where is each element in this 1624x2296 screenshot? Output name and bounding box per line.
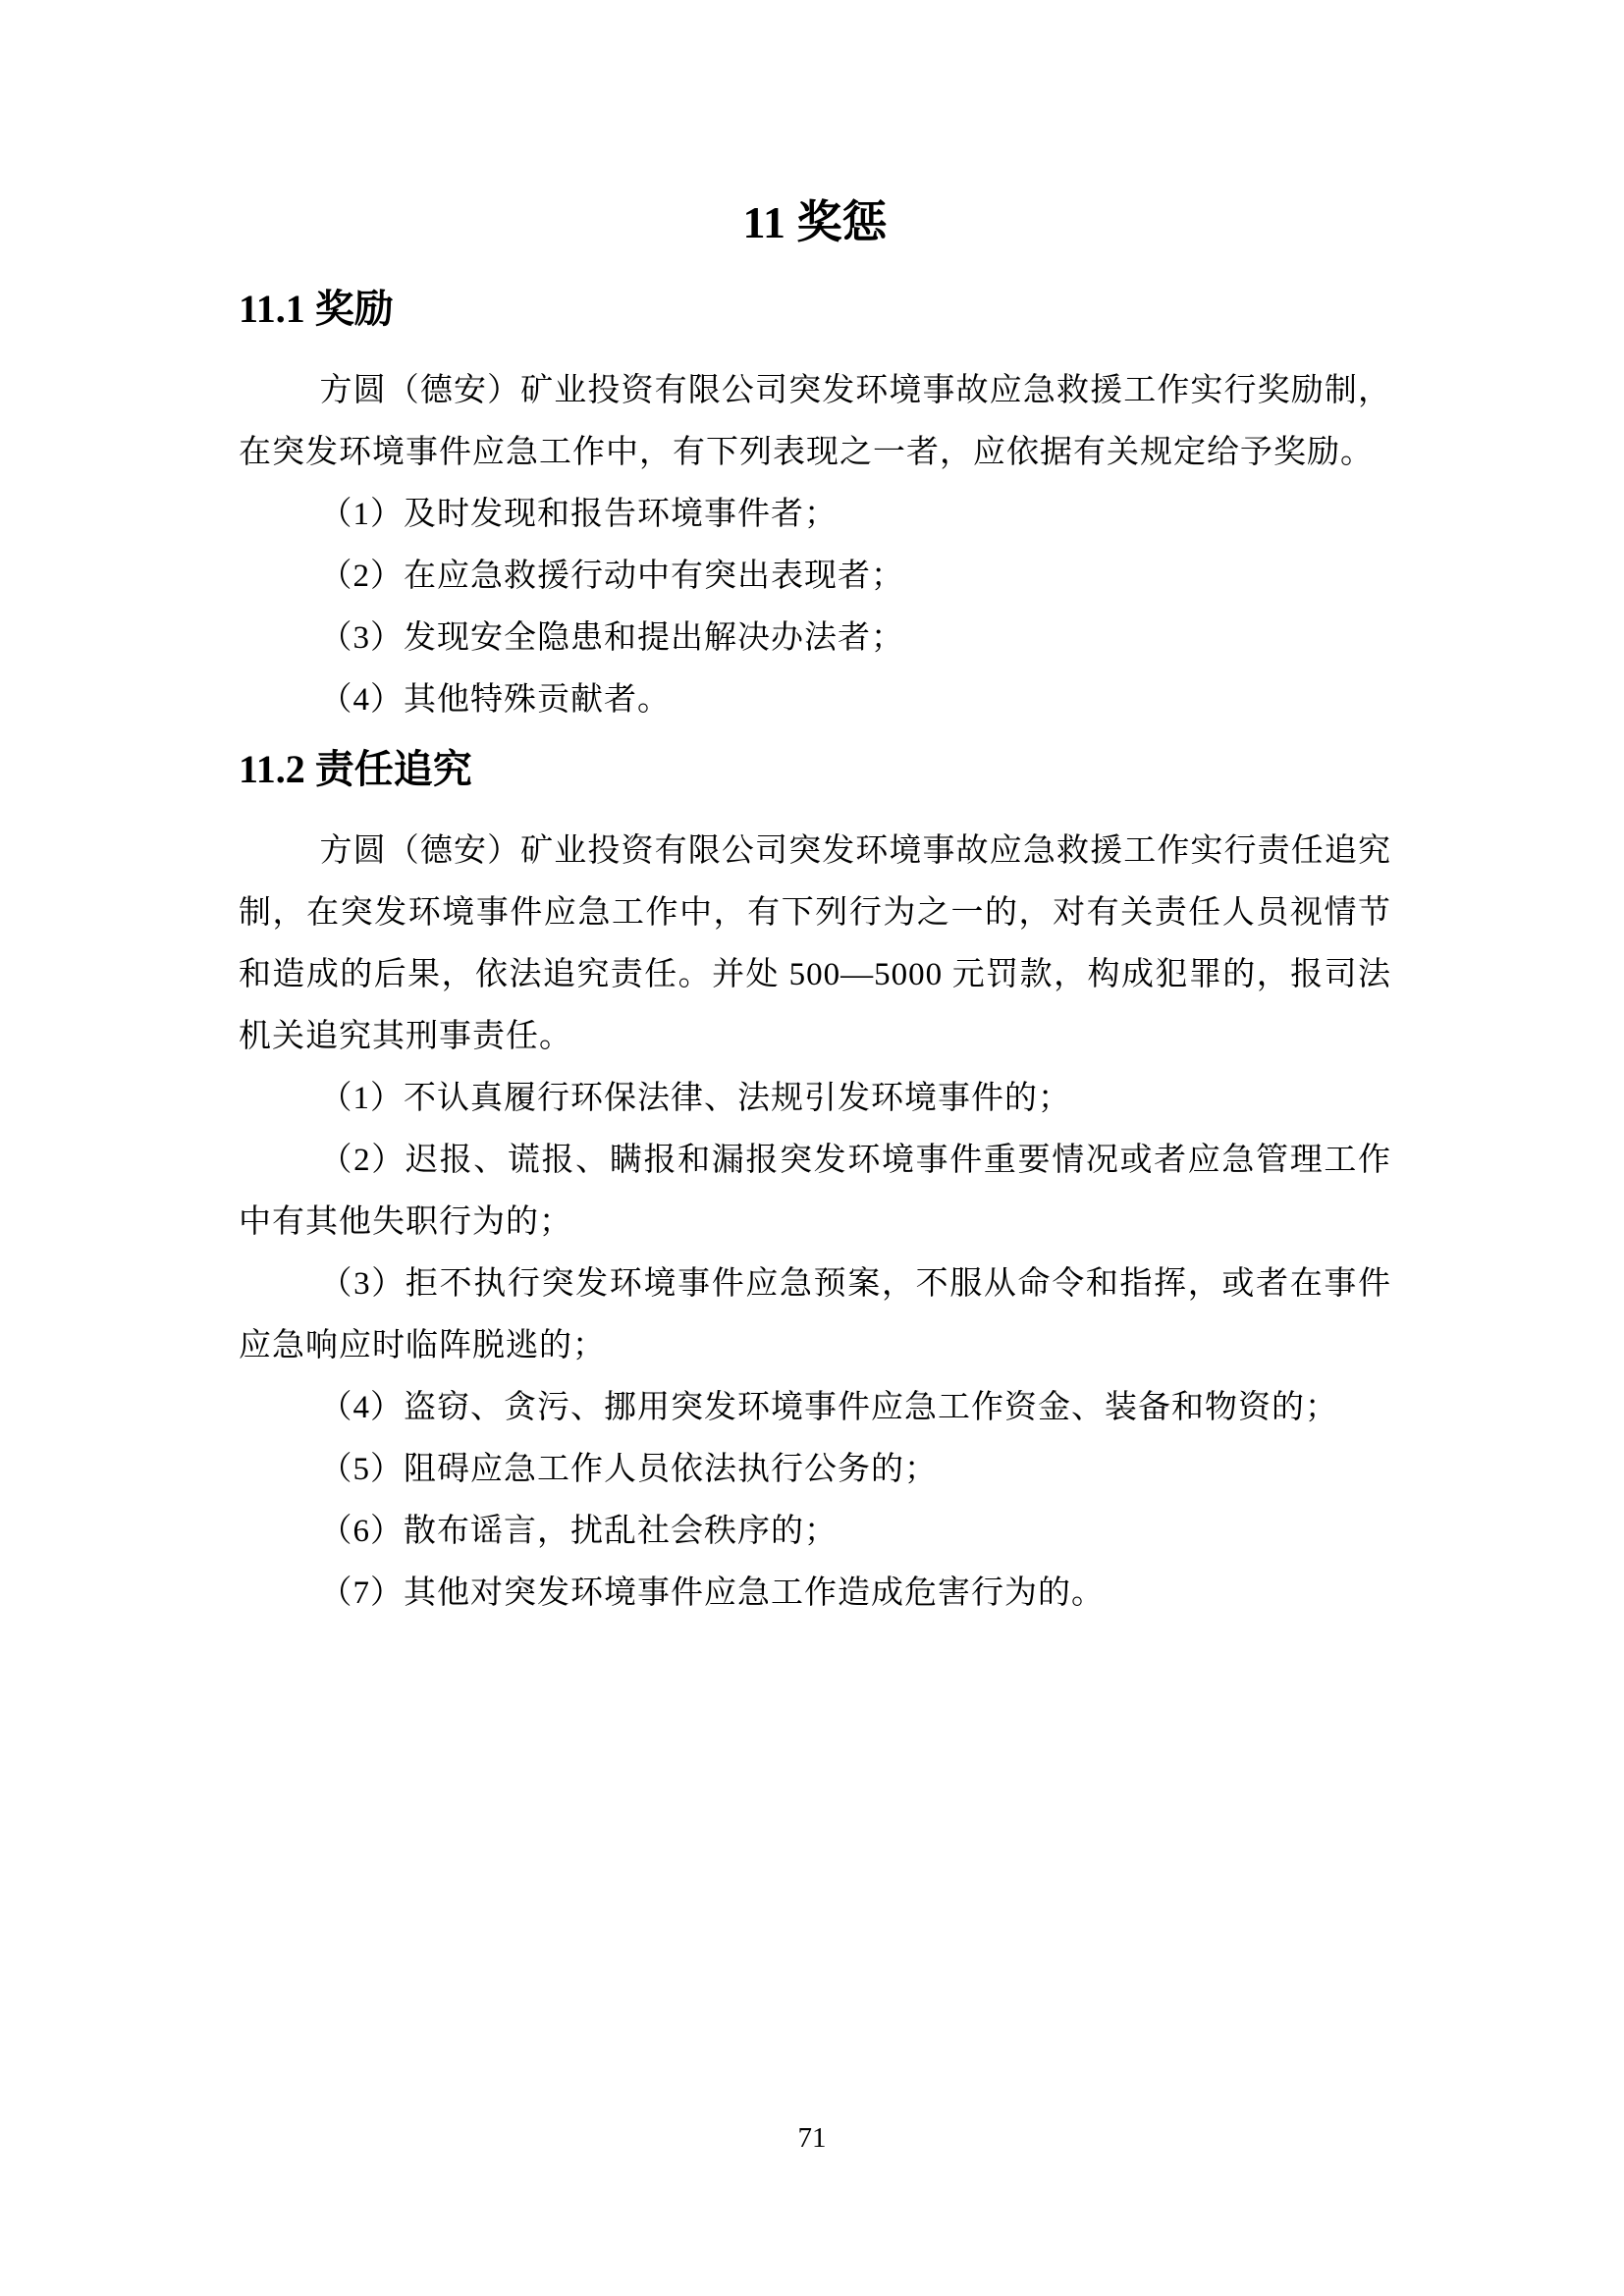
page-number: 71 bbox=[0, 2118, 1624, 2158]
document-content: 11 奖惩 11.1 奖励 方圆（德安）矿业投资有限公司突发环境事故应急救援工作… bbox=[239, 0, 1391, 1625]
section-11-2-paragraph: 方圆（德安）矿业投资有限公司突发环境事故应急救援工作实行责任追究制，在突发环境事… bbox=[239, 821, 1391, 1068]
section-heading-11-2: 11.2 责任追究 bbox=[239, 742, 1391, 797]
list-item: （4）其他特殊贡献者。 bbox=[239, 669, 1391, 731]
list-item: （1）不认真履行环保法律、法规引发环境事件的； bbox=[239, 1068, 1391, 1130]
list-item: （2）在应急救援行动中有突出表现者； bbox=[239, 546, 1391, 608]
list-item: （1）及时发现和报告环境事件者； bbox=[239, 484, 1391, 546]
list-item: （3）拒不执行突发环境事件应急预案，不服从命令和指挥，或者在事件应急响应时临阵脱… bbox=[239, 1254, 1391, 1377]
section-11-1-paragraph: 方圆（德安）矿业投资有限公司突发环境事故应急救援工作实行奖励制，在突发环境事件应… bbox=[239, 360, 1391, 484]
list-item: （6）散布谣言，扰乱社会秩序的； bbox=[239, 1501, 1391, 1563]
list-item: （3）发现安全隐患和提出解决办法者； bbox=[239, 608, 1391, 669]
section-heading-11-1: 11.1 奖励 bbox=[239, 282, 1391, 337]
chapter-title: 11 奖惩 bbox=[239, 192, 1391, 253]
list-item: （7）其他对突发环境事件应急工作造成危害行为的。 bbox=[239, 1563, 1391, 1625]
list-item: （2）迟报、谎报、瞒报和漏报突发环境事件重要情况或者应急管理工作中有其他失职行为… bbox=[239, 1130, 1391, 1254]
list-item: （4）盗窃、贪污、挪用突发环境事件应急工作资金、装备和物资的； bbox=[239, 1377, 1391, 1439]
list-item: （5）阻碍应急工作人员依法执行公务的； bbox=[239, 1439, 1391, 1501]
document-page: 11 奖惩 11.1 奖励 方圆（德安）矿业投资有限公司突发环境事故应急救援工作… bbox=[0, 0, 1624, 2296]
